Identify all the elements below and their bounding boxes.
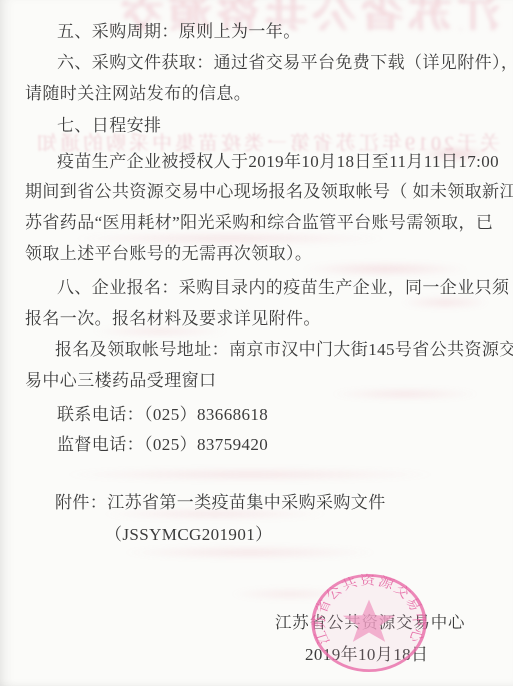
line-sec7-schedule-heading: 七、日程安排 — [57, 115, 161, 136]
signature-org-name: 江苏省公共资源交易中心 — [275, 613, 465, 634]
svg-text:江苏省公共资源交易中心: 江苏省公共资源交易中心 — [310, 574, 428, 647]
line-supervision-phone: 监督电话：（025）83759420 — [57, 434, 268, 455]
line-address-2: 易中心三楼药品受理窗口 — [25, 370, 216, 391]
line-sec7-schedule-1: 疫苗生产企业被授权人于2019年10月18日至11月11日17:00 — [57, 151, 499, 172]
line-sec7-schedule-2: 期间到省公共资源交易中心现场报名及领取帐号（ 如未领取新江 — [25, 181, 513, 202]
signature-date: 2019年10月18日 — [305, 644, 428, 665]
line-sec6-doc-acquisition-1: 六、采购文件获取：通过省交易平台免费下载（详见附件）， — [57, 52, 513, 73]
bleedthrough-smudge — [230, 588, 350, 600]
line-sec8-registration-2: 报名一次。报名材料及要求详见附件。 — [25, 308, 321, 329]
bleedthrough-smudge — [300, 262, 470, 276]
line-attachment-title: 附件：江苏省第一类疫苗集中采购采购文件 — [55, 492, 386, 513]
line-address-1: 报名及领取帐号地址：南京市汉中门大街145号省公共资源交 — [55, 339, 513, 360]
line-sec6-doc-acquisition-2: 请随时关注网站发布的信息。 — [25, 83, 251, 104]
bleedthrough-smudge — [330, 388, 480, 400]
line-sec7-schedule-3: 苏省药品“医用耗材”阳光采购和综合监管平台账号需领取，已 — [25, 212, 493, 233]
seal-arc-text: 江苏省公共资源交易中心 — [310, 574, 428, 647]
scanned-document-page: 江苏省公共资源交易中心 关于2019年江苏省第一类疫苗集中采购的通知 五、采购周… — [0, 0, 513, 686]
bleedthrough-smudge — [120, 546, 380, 559]
line-sec7-schedule-4: 领取上述平台账号的无需再次领取）。 — [25, 243, 312, 264]
line-attachment-code: （JSSYMCG201901） — [105, 524, 273, 545]
line-sec5-procurement-cycle: 五、采购周期：原则上为一年。 — [57, 21, 301, 42]
bleedthrough-smudge — [60, 468, 440, 481]
line-sec8-registration-1: 八、企业报名：采购目录内的疫苗生产企业，同一企业只须 — [57, 277, 509, 298]
line-contact-phone: 联系电话：（025）83668618 — [57, 404, 268, 425]
